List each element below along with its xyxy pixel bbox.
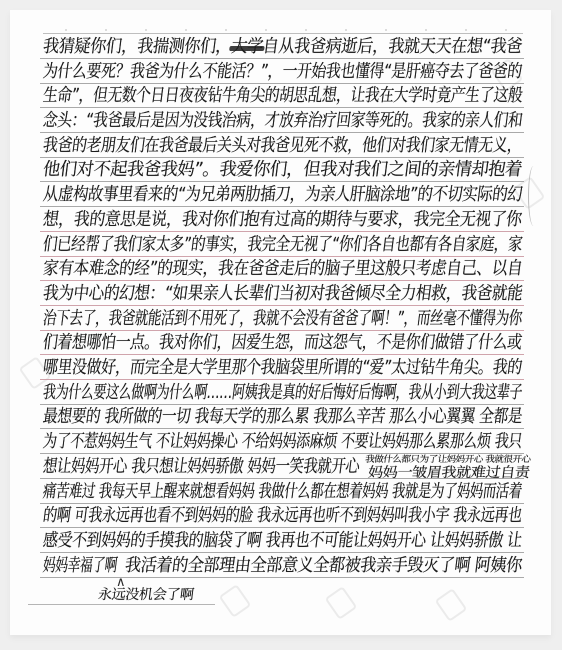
watermark	[219, 584, 252, 618]
ruled-line	[40, 404, 524, 405]
ruled-line-bottom	[28, 604, 215, 605]
ruled-line	[40, 132, 524, 133]
ruled-line	[40, 157, 524, 158]
line-text: 我活着的全部理由全部意义全都被我亲手毁灭了啊 阿姨你	[124, 555, 523, 577]
ruled-line	[40, 503, 524, 504]
handwriting: 我猜疑你们，我揣测你们，大学自从我爸病逝后，我就天天在想“我爸	[42, 36, 524, 58]
watermark	[435, 588, 468, 622]
ruled-line	[40, 379, 524, 380]
ruled-line	[40, 354, 524, 355]
letter-line-21: 感受不到妈妈的手摸我的脑袋了啊 我再也不可能让妈妈开心 让妈妈骄傲 让	[43, 530, 522, 552]
line-text: 的啊 可我永远再也看不到妈妈的脸 我永远再也听不到妈妈叫我小宇 我永远再也	[42, 505, 523, 527]
letter-line-9: 们已经帮了我们家太多”的事实，我完全无视了“你们各自也都有各自家庭，家	[43, 234, 522, 256]
ruled-line	[40, 527, 524, 528]
letter-line-5: 我爸的老朋友们在我爸最后关头对我爸见死不救，他们对我们家无情无义，	[43, 135, 522, 157]
ruled-line	[40, 552, 524, 553]
ruled-line	[40, 256, 524, 257]
line-text: 自从我爸病逝后，我就天天在想“我爸	[262, 36, 524, 57]
line-text: 痛苦难过 我每天早上醒来就想看妈妈 我做什么都在想着妈妈 我就是为了妈妈而活着	[42, 481, 523, 503]
letter-line-19: 痛苦难过 我每天早上醒来就想看妈妈 我做什么都在想着妈妈 我就是为了妈妈而活着	[43, 481, 522, 503]
line-text: 我为什么要这么做啊为什么啊……阿姨我是真的好后悔好后悔啊，我从小到大我这辈子	[42, 382, 524, 404]
line-text: 最想要的 我所做的一切 我每天学的那么累 我那么辛苦 那么小心翼翼 全都是	[42, 406, 524, 428]
ruled-line	[40, 577, 524, 578]
line-text: 从虚构故事里看来的“为兄弟两肋插刀，为亲人肝脑涂地”的不切实际的幻	[42, 184, 524, 206]
line-text: 想，我的意思是说，我对你们抱有过高的期待与要求，我完全无视了你	[42, 209, 523, 231]
line-text: 妈妈一皱眉我就难过自责	[367, 465, 530, 481]
line-text: 我爸的老朋友们在我爸最后关头对我爸见死不救，他们对我们家无情无义，	[42, 135, 523, 157]
ruled-line	[40, 280, 524, 281]
letter-line-20: 的啊 可我永远再也看不到妈妈的脸 我永远再也听不到妈妈叫我小宇 我永远再也	[43, 505, 522, 527]
line-text: 生命”，但无数个日日夜夜钻牛角尖的胡思乱想，让我在大学时竟产生了这般	[42, 85, 524, 107]
ruled-line	[40, 107, 524, 108]
letter-line-22: 妈妈幸福了啊	[43, 555, 117, 577]
line-text: 他们对不起我爸我妈”。我爱你们，但我对我们之间的亲情却抱着	[42, 159, 524, 181]
ruled-line	[40, 83, 524, 84]
ruled-line-top	[43, 33, 523, 34]
ruled-line	[40, 231, 524, 232]
line-text: 想让妈妈开心 我只想让妈妈骄傲 妈妈一笑我就开心	[42, 456, 361, 478]
letter-line-18-continued: 妈妈一皱眉我就难过自责	[368, 462, 530, 478]
caret-insertion-line: 永远没机会了啊	[98, 584, 194, 602]
watermark	[325, 586, 358, 620]
line-text: 家有本难念的经”的现实，我在爸爸走后的脑子里这般只考虑自己、以自	[42, 258, 524, 280]
letter-line-11: 我为中心的幻想：“如果亲人长辈们当初对我爸倾尽全力相救，我爸就能	[43, 283, 522, 305]
letter-line-8: 想，我的意思是说，我对你们抱有过高的期待与要求，我完全无视了你	[43, 209, 522, 231]
ruled-line	[40, 181, 524, 182]
line-text: 感受不到妈妈的手摸我的脑袋了啊 我再也不可能让妈妈开心 让妈妈骄傲 让	[42, 530, 523, 552]
letter-line-3: 生命”，但无数个日日夜夜钻牛角尖的胡思乱想，让我在大学时竟产生了这般	[43, 85, 522, 107]
letter-line-4: 念头：“我爸最后是因为没钱治病，才放弃治疗回家等死的。我家的亲人们和	[43, 110, 522, 132]
line-text: 我猜疑你们，我揣测你们，	[42, 36, 233, 57]
line-text: 治下去了，我爸就能活到不用死了，我就不会没有爸爸了啊！”，而丝毫不懂得为你	[42, 308, 524, 330]
letter-line-22-after-caret: 我活着的全部理由全部意义全都被我亲手毁灭了啊 阿姨你	[125, 555, 522, 577]
ruled-line	[40, 58, 524, 59]
letter-line-12: 治下去了，我爸就能活到不用死了，我就不会没有爸爸了啊！”，而丝毫不懂得为你	[43, 308, 522, 330]
line-text: 念头：“我爸最后是因为没钱治病，才放弃治疗回家等死的。我家的亲人们和	[42, 110, 524, 132]
pencil-margin-mark	[528, 166, 539, 226]
letter-line-2: 为什么要死？我爸为什么不能活？”，一开始我也懂得“是肝癌夺去了爸爸的	[43, 61, 522, 83]
inserted-note: 我做什么都只为了让妈妈开心 我就很开心	[365, 447, 530, 458]
ruled-line	[40, 305, 524, 306]
ruled-line	[40, 428, 524, 429]
letter-line-14: 哪里没做好，而完全是大学里那个我脑袋里所谓的“爱”太过钻牛角尖。我的	[43, 357, 522, 379]
crossed-out-text: 大学	[230, 36, 264, 58]
letter-line-7: 从虚构故事里看来的“为兄弟两肋插刀，为亲人肝脑涂地”的不切实际的幻	[43, 184, 522, 206]
letter-line-6: 他们对不起我爸我妈”。我爱你们，但我对我们之间的亲情却抱着	[43, 159, 522, 181]
inserted-text: 永远没机会了啊	[97, 587, 194, 603]
letter-line-18: 想让妈妈开心 我只想让妈妈骄傲 妈妈一笑我就开心	[43, 456, 359, 478]
line-text: 们已经帮了我们家太多”的事实，我完全无视了“你们各自也都有各自家庭，家	[42, 234, 524, 256]
letter-paper: 我猜疑你们，我揣测你们，大学自从我爸病逝后，我就天天在想“我爸 为什么要死？我爸…	[10, 10, 551, 635]
line-text: 为什么要死？我爸为什么不能活？”，一开始我也懂得“是肝癌夺去了爸爸的	[42, 61, 523, 83]
ruled-line	[40, 206, 524, 207]
letter-line-10: 家有本难念的经”的现实，我在爸爸走后的脑子里这般只考虑自己、以自	[43, 258, 522, 280]
line-text: 们着想哪怕一点。我对你们，因爱生怨，而这怨气，不是你们做错了什么或	[42, 332, 523, 354]
letter-line-16: 最想要的 我所做的一切 我每天学的那么累 我那么辛苦 那么小心翼翼 全都是	[43, 406, 522, 428]
line-text: 哪里没做好，而完全是大学里那个我脑袋里所谓的“爱”太过钻牛角尖。我的	[42, 357, 523, 379]
line-text: 妈妈幸福了啊	[42, 555, 119, 577]
line-text: 我为中心的幻想：“如果亲人长辈们当初对我爸倾尽全力相救，我爸就能	[42, 283, 524, 305]
ruled-line	[40, 330, 524, 331]
letter-line-13: 们着想哪怕一点。我对你们，因爱生怨，而这怨气，不是你们做错了什么或	[43, 332, 522, 354]
letter-line-1: 我猜疑你们，我揣测你们，大学自从我爸病逝后，我就天天在想“我爸	[43, 36, 522, 58]
letter-line-15: 我为什么要这么做啊为什么啊……阿姨我是真的好后悔好后悔啊，我从小到大我这辈子	[43, 382, 522, 404]
